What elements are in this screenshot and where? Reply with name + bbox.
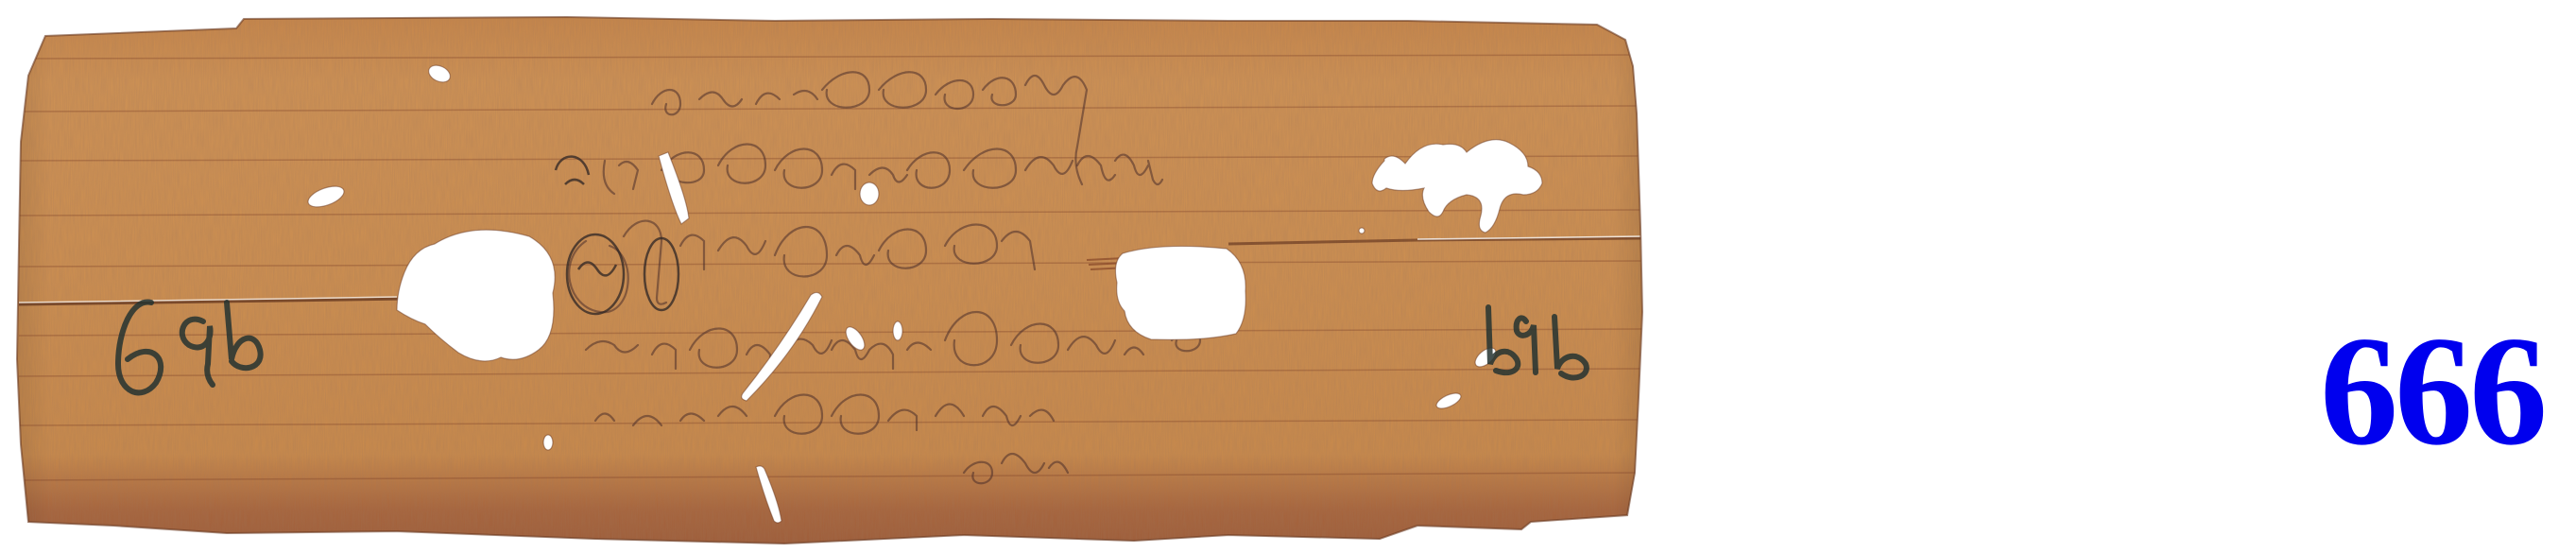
- manuscript-scan: 696 696 666: [0, 0, 2576, 554]
- folio-number-label: 666: [2320, 312, 2544, 469]
- palm-leaf-folio: [0, 0, 2576, 554]
